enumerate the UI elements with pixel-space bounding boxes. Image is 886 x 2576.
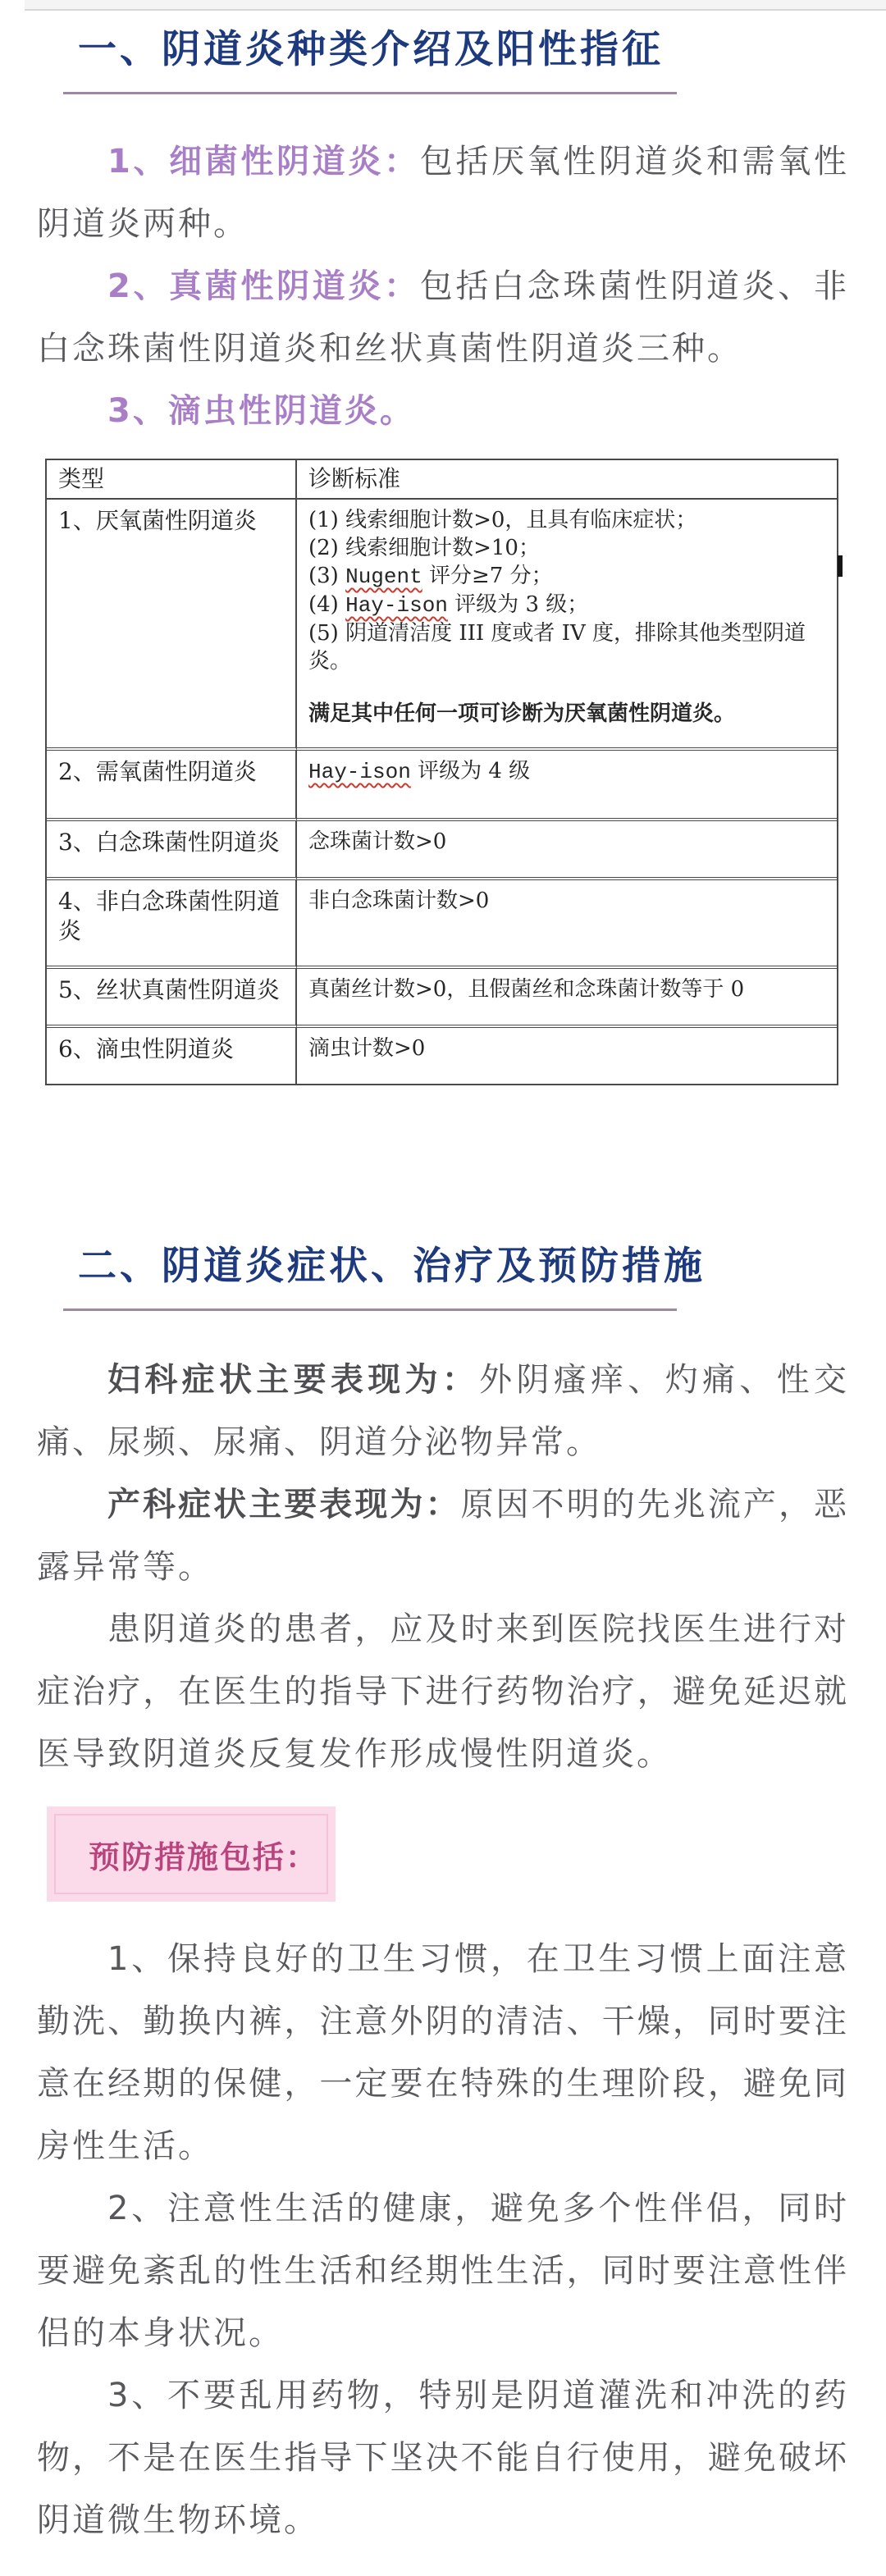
section-2-paragraphs: 妇科症状主要表现为：外阴瘙痒、灼痛、性交痛、尿频、尿痛、阴道分泌物异常。 产科症… [37, 1349, 849, 1785]
top-divider-strip [25, 0, 886, 11]
table-header-row: 类型 诊断标准 [47, 460, 837, 500]
paragraph-treatment-advice: 患阴道炎的患者，应及时来到医院找医生进行对症治疗，在医生的指导下进行药物治疗，避… [37, 1598, 849, 1785]
table-row-candida-albicans: 3、白念珠菌性阴道炎 念珠菌计数>0 [47, 821, 837, 880]
row-criteria: 非白念珠菌计数>0 [297, 880, 837, 969]
row-criteria: 滴虫计数>0 [297, 1028, 837, 1084]
table-row-anaerobic: 1、厌氧菌性阴道炎 (1) 线索细胞计数>0，且具有临床症状； (2) 线索细胞… [47, 500, 837, 751]
table-row-trichomonas: 6、滴虫性阴道炎 滴虫计数>0 [47, 1028, 837, 1084]
row-type: 4、非白念珠菌性阴道炎 [47, 880, 297, 969]
prevention-items: 1、保持良好的卫生习惯，在卫生习惯上面注意勤洗、勤换内裤，注意外阴的清洁、干燥，… [37, 1928, 849, 2576]
prevention-highlight-box: 预防措施包括： [47, 1806, 336, 1902]
term-hay-ison: Hay-ison [308, 760, 411, 784]
section-1-underline [63, 92, 677, 94]
section-2-title: 二、阴道炎症状、治疗及预防措施 [78, 1241, 849, 1292]
paragraph-fungal-vaginitis: 2、真菌性阴道炎：包括白念珠菌性阴道炎、非白念珠菌性阴道炎和丝状真菌性阴道炎三种… [37, 255, 849, 380]
row-type: 5、丝状真菌性阴道炎 [47, 969, 297, 1028]
table-row-non-albicans: 4、非白念珠菌性阴道炎 非白念珠菌计数>0 [47, 880, 837, 969]
section-1-title: 一、阴道炎种类介绍及阳性指征 [78, 25, 849, 75]
row-type: 6、滴虫性阴道炎 [47, 1028, 297, 1084]
row-criteria: 念珠菌计数>0 [297, 821, 837, 880]
row-type: 3、白念珠菌性阴道炎 [47, 821, 297, 880]
criteria-line-1: (1) 线索细胞计数>0，且具有临床症状； [308, 506, 825, 534]
section-1: 一、阴道炎种类介绍及阳性指征 1、细菌性阴道炎：包括厌氧性阴道炎和需氧性阴道炎两… [37, 25, 849, 1085]
criteria-line-3-pre: (3) [308, 564, 345, 588]
prevention-item-sexual-health: 2、注意性生活的健康，避免多个性伴侣，同时要避免紊乱的性生活和经期性生活，同时要… [37, 2177, 849, 2364]
table-header-type: 类型 [47, 460, 297, 500]
criteria-line-5: (5) 阴道清洁度 III 度或者 IV 度，排除其他类型阴道炎。 [308, 619, 825, 675]
criteria-line-2: (2) 线索细胞计数>10； [308, 534, 825, 562]
article-content: 一、阴道炎种类介绍及阳性指征 1、细菌性阴道炎：包括厌氧性阴道炎和需氧性阴道炎两… [0, 25, 886, 2576]
paragraph-body: 患阴道炎的患者，应及时来到医院找医生进行对症治疗，在医生的指导下进行药物治疗，避… [37, 1610, 849, 1773]
paragraph-obstetric-symptoms: 产科症状主要表现为：原因不明的先兆流产，恶露异常等。 [37, 1473, 849, 1598]
row-criteria: (1) 线索细胞计数>0，且具有临床症状； (2) 线索细胞计数>10； (3)… [297, 500, 837, 751]
table-row-aerobic: 2、需氧菌性阴道炎 Hay-ison 评级为 4 级 [47, 751, 837, 821]
prevention-item-medication: 3、不要乱用药物，特别是阴道灌洗和冲洗的药物，不是在医生指导下坚决不能自行使用，… [37, 2364, 849, 2551]
diagnosis-criteria-table: 类型 诊断标准 1、厌氧菌性阴道炎 (1) 线索细胞计数>0，且具有临床症状； … [45, 459, 838, 1085]
section-2: 二、阴道炎症状、治疗及预防措施 妇科症状主要表现为：外阴瘙痒、灼痛、性交痛、尿频… [37, 1241, 849, 2576]
criteria-line-3-post: 评分≥7 分； [422, 564, 553, 588]
paragraph-gynecological-symptoms: 妇科症状主要表现为：外阴瘙痒、灼痛、性交痛、尿频、尿痛、阴道分泌物异常。 [37, 1349, 849, 1473]
section-1-paragraphs: 1、细菌性阴道炎：包括厌氧性阴道炎和需氧性阴道炎两种。 2、真菌性阴道炎：包括白… [37, 130, 849, 442]
paragraph-lead: 妇科症状主要表现为： [107, 1361, 479, 1399]
criteria-line-4: (4) Hay-ison 评级为 3 级； [308, 591, 825, 619]
paragraph-lead: 3、滴虫性阴道炎。 [107, 392, 415, 430]
paragraph-bacterial-vaginitis: 1、细菌性阴道炎：包括厌氧性阴道炎和需氧性阴道炎两种。 [37, 130, 849, 255]
term-hay-ison: Hay-ison [345, 593, 448, 618]
criteria-line-4-post: 评级为 3 级； [448, 592, 588, 617]
row-criteria: 真菌丝计数>0，且假菌丝和念珠菌计数等于 0 [297, 969, 837, 1028]
row-type: 2、需氧菌性阴道炎 [47, 751, 297, 821]
criteria-conclusion: 满足其中任何一项可诊断为厌氧菌性阴道炎。 [308, 700, 825, 728]
text-cursor-artifact [838, 555, 843, 577]
paragraph-lead: 2、真菌性阴道炎： [107, 267, 420, 305]
table-header-criteria: 诊断标准 [297, 460, 837, 500]
criteria-line-3: (3) Nugent 评分≥7 分； [308, 562, 825, 591]
prevention-highlight-label: 预防措施包括： [89, 1832, 318, 1877]
table-row-filamentous-fungi: 5、丝状真菌性阴道炎 真菌丝计数>0，且假菌丝和念珠菌计数等于 0 [47, 969, 837, 1028]
article-page: 一、阴道炎种类介绍及阳性指征 1、细菌性阴道炎：包括厌氧性阴道炎和需氧性阴道炎两… [0, 0, 886, 2576]
paragraph-lead: 产科症状主要表现为： [107, 1486, 461, 1523]
paragraph-trichomonal-vaginitis: 3、滴虫性阴道炎。 [37, 380, 849, 442]
prevention-highlight-inner-border: 预防措施包括： [54, 1814, 328, 1894]
row-criteria: Hay-ison 评级为 4 级 [297, 751, 837, 821]
criteria-line-4-pre: (4) [308, 592, 345, 617]
prevention-item-hygiene: 1、保持良好的卫生习惯，在卫生习惯上面注意勤洗、勤换内裤，注意外阴的清洁、干燥，… [37, 1928, 849, 2177]
section-2-underline [63, 1309, 677, 1311]
criteria-text: 评级为 4 级 [411, 759, 530, 783]
row-type: 1、厌氧菌性阴道炎 [47, 500, 297, 751]
paragraph-lead: 1、细菌性阴道炎： [107, 143, 420, 180]
term-nugent: Nugent [345, 564, 422, 589]
